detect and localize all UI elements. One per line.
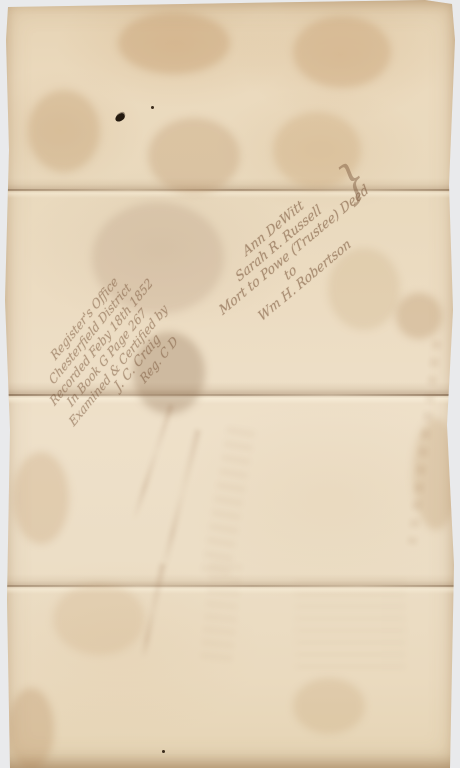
ink-bleedthrough	[408, 340, 442, 545]
ink-bleedthrough	[201, 427, 255, 582]
stain	[118, 12, 230, 74]
stain	[413, 418, 459, 530]
stain	[8, 688, 54, 768]
ink-speck	[151, 106, 154, 109]
stain	[396, 293, 442, 339]
fold-crease-top	[0, 178, 460, 198]
ink-bleedthrough	[131, 404, 173, 522]
ink-bleedthrough	[161, 429, 201, 568]
stain	[13, 452, 69, 544]
stain	[293, 678, 365, 734]
registry-text-block: Register's Office Chesterfield District …	[21, 223, 229, 448]
ink-blot	[114, 112, 126, 122]
stain	[293, 16, 391, 88]
ink-speck	[162, 750, 165, 753]
fold-crease-bottom	[0, 574, 460, 594]
paper-sheet: Ann DeWitt Sarah R. Russell Mort to Powe…	[0, 0, 460, 768]
document-scan: Ann DeWitt Sarah R. Russell Mort to Powe…	[0, 0, 460, 768]
stain	[28, 90, 100, 172]
